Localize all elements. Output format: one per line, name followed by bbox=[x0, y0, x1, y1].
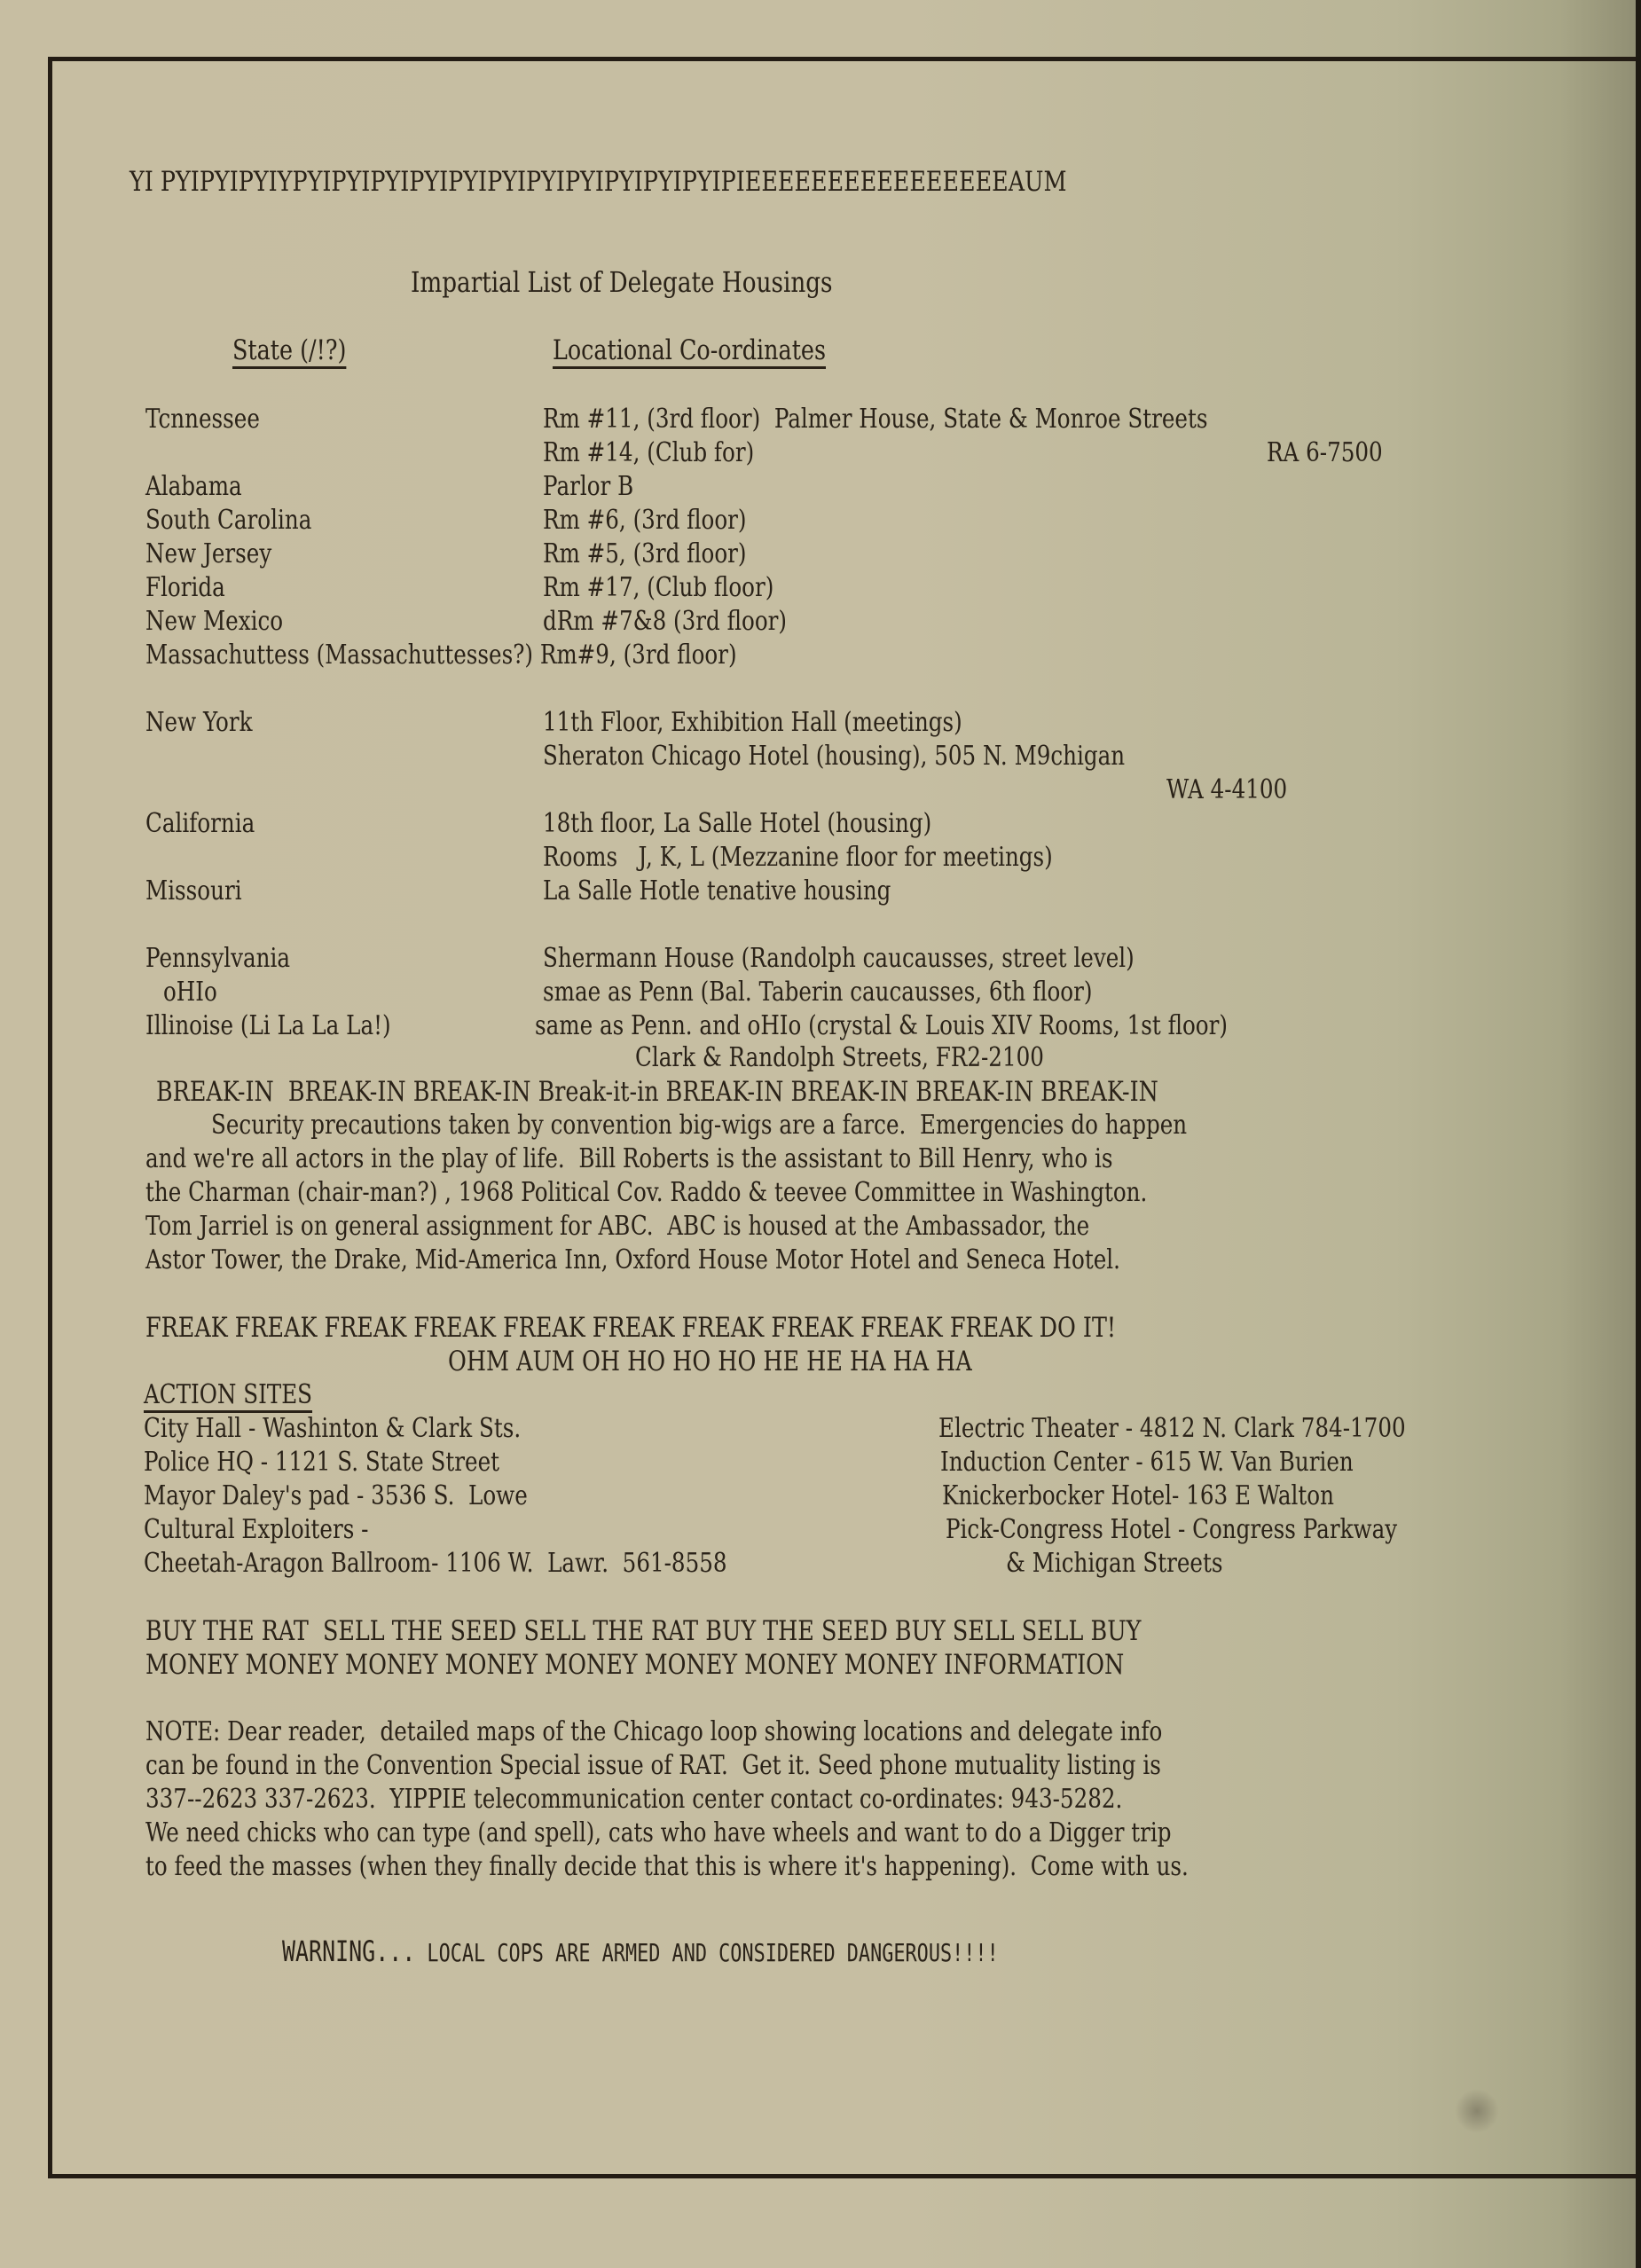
note-line: 337--2623 337-2623. YIPPIE telecommunica… bbox=[145, 1786, 1122, 1813]
action-site: Knickerbocker Hotel- 163 E Walton bbox=[942, 1483, 1334, 1510]
note-line: NOTE: Dear reader, detailed maps of the … bbox=[145, 1719, 1162, 1746]
housing-location: Parlor B bbox=[543, 474, 633, 500]
note-line: We need chicks who can type (and spell),… bbox=[145, 1820, 1172, 1847]
warning-lead: WARNING... bbox=[282, 1934, 415, 1968]
action-site: Electric Theater - 4812 N. Clark 784-170… bbox=[938, 1416, 1406, 1442]
housing-state: New Jersey bbox=[145, 541, 271, 568]
break-in-paragraph-line: Security precautions taken by convention… bbox=[211, 1112, 1187, 1139]
break-in-paragraph-line: Astor Tower, the Drake, Mid-America Inn,… bbox=[145, 1247, 1120, 1274]
housing-state: Florida bbox=[145, 575, 225, 601]
yippie-banner: YI PYIPYIPYIYPYIPYIPYIPYIPYIPYIPYIPYIPYI… bbox=[130, 169, 1067, 196]
housing-location: 11th Floor, Exhibition Hall (meetings) bbox=[543, 710, 962, 736]
note-line: can be found in the Convention Special i… bbox=[145, 1753, 1161, 1779]
housing-location: Clark & Randolph Streets, FR2-2100 bbox=[635, 1045, 1044, 1071]
break-in-paragraph-line: the Charman (chair-man?) , 1968 Politica… bbox=[145, 1180, 1147, 1206]
housing-phone: WA 4-4100 bbox=[1166, 777, 1287, 804]
housing-location: dRm #7&8 (3rd floor) bbox=[543, 608, 787, 635]
break-in-banner: BREAK-IN BREAK-IN BREAK-IN Break-it-in B… bbox=[156, 1079, 1158, 1106]
housing-location: smae as Penn (Bal. Taberin caucausses, 6… bbox=[543, 979, 1092, 1006]
freak-banner: FREAK FREAK FREAK FREAK FREAK FREAK FREA… bbox=[145, 1314, 1116, 1342]
housing-location: Rm #11, (3rd floor) Palmer House, State … bbox=[543, 406, 1208, 433]
action-site: Cultural Exploiters - bbox=[144, 1517, 368, 1543]
page-gutter bbox=[1636, 0, 1641, 2268]
housing-location: Rm #17, (Club floor) bbox=[543, 575, 773, 601]
action-sites-heading: ACTION SITES bbox=[144, 1382, 312, 1409]
chant-line: OHM AUM OH HO HO HO HE HE HA HA HA bbox=[448, 1348, 972, 1376]
action-site: Induction Center - 615 W. Van Burien bbox=[940, 1449, 1354, 1476]
housing-location: Rm #14, (Club for) bbox=[543, 440, 754, 467]
housing-state: South Carolina bbox=[145, 507, 311, 534]
buy-sell-banner: BUY THE RAT SELL THE SEED SELL THE RAT B… bbox=[145, 1618, 1141, 1645]
housing-location: 18th floor, La Salle Hotel (housing) bbox=[543, 811, 931, 837]
warning-line: WARNING... LOCAL COPS ARE ARMED AND CONS… bbox=[282, 1937, 999, 1966]
money-banner: MONEY MONEY MONEY MONEY MONEY MONEY MONE… bbox=[145, 1652, 1124, 1679]
housing-state: New Mexico bbox=[145, 608, 283, 635]
housing-location: Rm #6, (3rd floor) bbox=[543, 507, 747, 534]
break-in-paragraph-line: Tom Jarriel is on general assignment for… bbox=[145, 1213, 1089, 1240]
column-header-state: State (/!?) bbox=[232, 337, 346, 365]
housing-location: La Salle Hotle tenative housing bbox=[543, 878, 891, 905]
housing-state: California bbox=[145, 811, 255, 837]
column-header-location: Locational Co-ordinates bbox=[553, 337, 826, 365]
housing-location: Rm #5, (3rd floor) bbox=[543, 541, 747, 568]
action-site: Pick-Congress Hotel - Congress Parkway bbox=[946, 1517, 1397, 1543]
ink-smudge bbox=[1455, 2089, 1499, 2133]
housing-state: Pennsylvania bbox=[145, 946, 290, 972]
housing-state: Illinoise (Li La La La!) bbox=[145, 1013, 391, 1040]
housing-location: Rooms J, K, L (Mezzanine floor for meeti… bbox=[543, 844, 1053, 871]
action-site: Mayor Daley's pad - 3536 S. Lowe bbox=[144, 1483, 528, 1510]
break-in-paragraph-line: and we're all actors in the play of life… bbox=[145, 1146, 1112, 1173]
page-title: Impartial List of Delegate Housings bbox=[411, 268, 833, 296]
action-site: & Michigan Streets bbox=[1006, 1550, 1222, 1577]
housing-location: same as Penn. and oHIo (crystal & Louis … bbox=[535, 1013, 1228, 1040]
housing-state: New York bbox=[145, 710, 253, 736]
housing-state: oHIo bbox=[163, 979, 217, 1006]
warning-text: LOCAL COPS ARE ARMED AND CONSIDERED DANG… bbox=[415, 1938, 998, 1967]
housing-state: Missouri bbox=[145, 878, 242, 905]
housing-state: Massachuttess (Massachuttesses?) Rm#9, (… bbox=[145, 642, 737, 669]
note-line: to feed the masses (when they finally de… bbox=[145, 1854, 1189, 1880]
housing-location: Shermann House (Randolph caucausses, str… bbox=[543, 946, 1135, 972]
housing-phone: RA 6-7500 bbox=[1267, 440, 1383, 467]
housing-state: Tcnnessee bbox=[145, 406, 260, 433]
housing-state: Alabama bbox=[145, 474, 242, 500]
action-site: City Hall - Washinton & Clark Sts. bbox=[144, 1416, 521, 1442]
action-site: Cheetah-Aragon Ballroom- 1106 W. Lawr. 5… bbox=[144, 1550, 727, 1577]
housing-location: Sheraton Chicago Hotel (housing), 505 N.… bbox=[543, 743, 1125, 770]
action-site: Police HQ - 1121 S. State Street bbox=[144, 1449, 499, 1476]
